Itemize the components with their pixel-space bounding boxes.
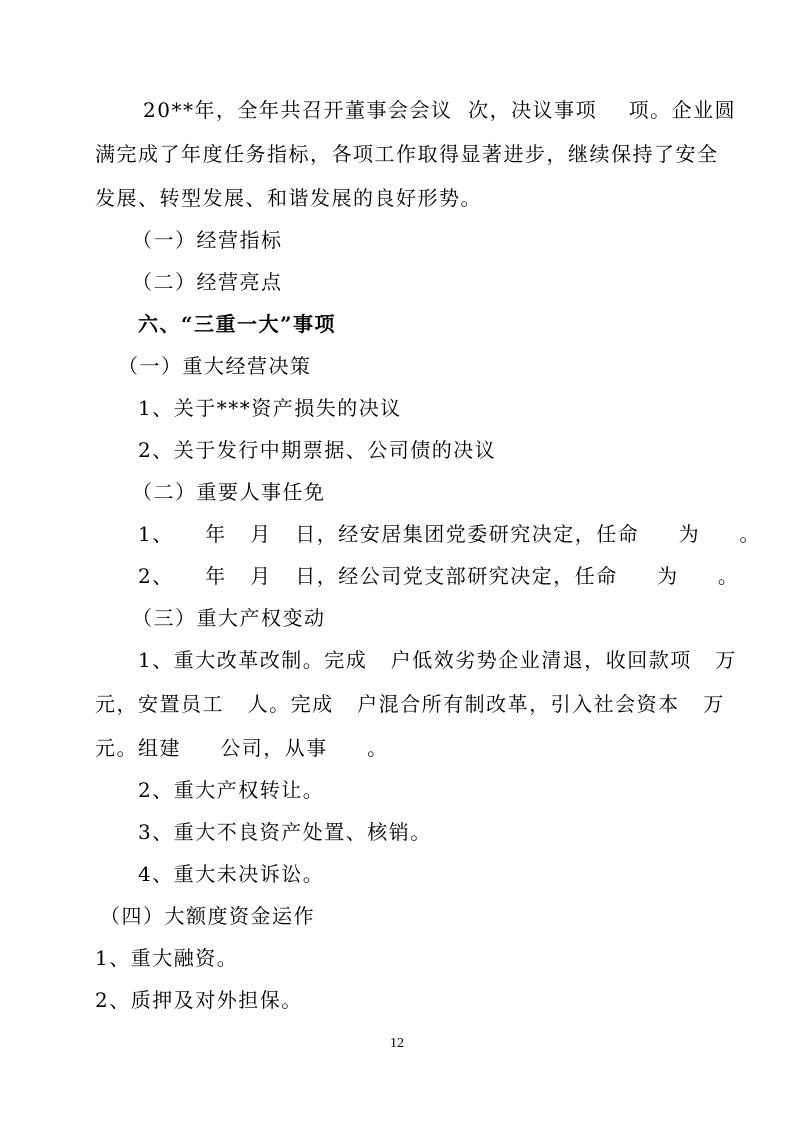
list-item-reform-cont: 元，安置员工 人。完成 户混合所有制改革，引入社会资本 万 [95, 692, 725, 716]
paragraph-meetings-summary: 20**年，全年共召开董事会会议 次，决议事项 项。企业圆 [143, 98, 736, 122]
subheading-large-fund-operations: （四）大额度资金运作 [100, 904, 315, 928]
subheading-operating-highlights: （二）经营亮点 [132, 270, 283, 294]
list-item-pledge-guarantee: 2、质押及对外担保。 [95, 988, 303, 1012]
paragraph-meetings-summary-end: 发展、转型发展、和谐发展的良好形势。 [95, 186, 482, 210]
list-item-bad-assets: 3、重大不良资产处置、核销。 [138, 820, 432, 844]
list-item-asset-loss-resolution: 1、关于***资产损失的决议 [138, 396, 402, 420]
list-item-litigation: 4、重大未决诉讼。 [138, 862, 324, 886]
list-item-reform: 1、重大改革改制。完成 户低效劣势企业清退，收回款项 万 [138, 648, 737, 672]
list-item-notes-bonds-resolution: 2、关于发行中期票据、公司债的决议 [138, 438, 496, 462]
list-item-appointment-2: 2、 年 月 日，经公司党支部研究决定，任命 为 。 [138, 564, 739, 588]
subheading-personnel-appointments: （二）重要人事任免 [132, 480, 326, 504]
list-item-appointment-1: 1、 年 月 日，经安居集团党委研究决定，任命 为 。 [138, 522, 761, 546]
page-number: 12 [0, 1036, 794, 1052]
subheading-operating-indicators: （一）经营指标 [132, 228, 283, 252]
list-item-property-transfer: 2、重大产权转让。 [138, 778, 324, 802]
list-item-reform-end: 元。组建 公司，从事 。 [95, 736, 389, 760]
list-item-major-financing: 1、重大融资。 [95, 946, 238, 970]
paragraph-meetings-summary-cont: 满完成了年度任务指标，各项工作取得显著进步，继续保持了安全 [95, 142, 719, 166]
subheading-property-rights-changes: （三）重大产权变动 [132, 606, 326, 630]
subheading-major-business-decisions: （一）重大经营决策 [118, 354, 312, 378]
section-heading-three-major-one-large: 六、“三重一大”事项 [138, 312, 336, 336]
